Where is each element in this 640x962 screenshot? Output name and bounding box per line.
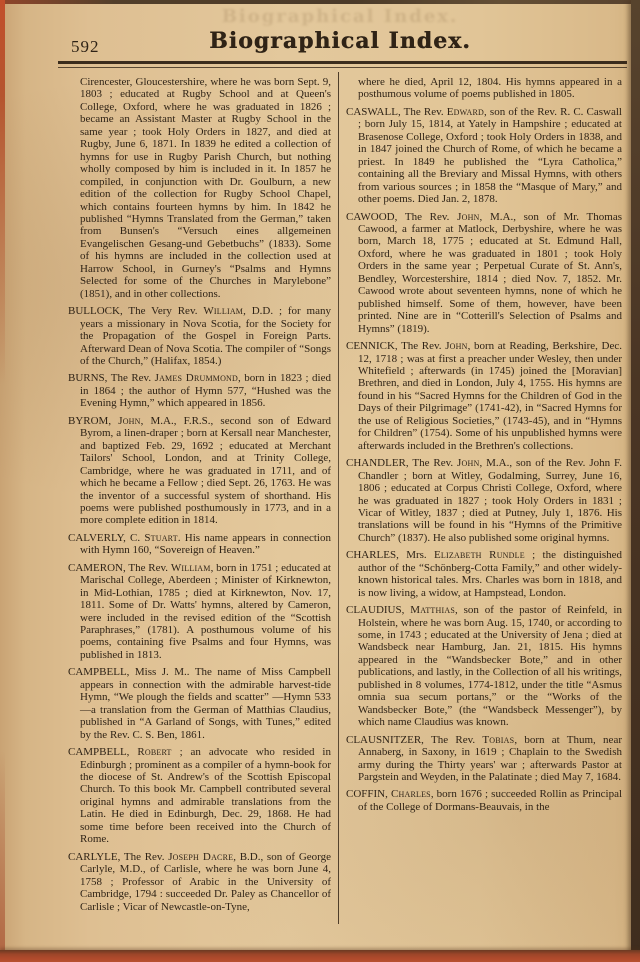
page-title: Biographical Index.: [60, 28, 620, 54]
person-given-name: Stuart: [144, 532, 178, 544]
index-entry: BYROM, John, M.A., F.R.S., second son of…: [68, 415, 331, 527]
index-entry: CLAUDIUS, Matthias, son of the pastor of…: [346, 604, 622, 729]
index-entry: CHARLES, Mrs. Elizabeth Rundle ; the dis…: [346, 549, 622, 599]
person-given-name: Tobias: [482, 734, 514, 746]
column-divider: [338, 72, 339, 924]
index-entry: CAWOOD, The Rev. John, M.A., son of Mr. …: [346, 211, 622, 336]
person-given-name: Robert: [137, 746, 171, 758]
page-top-edge: [0, 0, 640, 4]
person-given-name: John: [445, 340, 467, 352]
index-entry: CAMPBELL, Miss J. M.. The name of Miss C…: [68, 666, 331, 741]
entry-continuation: Cirencester, Gloucestershire, where he w…: [68, 76, 331, 300]
index-entry: CAMERON, The Rev. William, born in 1751 …: [68, 562, 331, 662]
index-entry: CENNICK, The Rev. John, born at Reading,…: [346, 340, 622, 452]
person-given-name: Matthias: [410, 604, 455, 616]
right-column: where he died, April 12, 1804. His hymns…: [346, 76, 622, 950]
person-given-name: John: [457, 457, 479, 469]
person-given-name: Charles: [391, 788, 431, 800]
show-through-ghost: Biographical Index.: [60, 6, 620, 27]
person-given-name: William: [171, 562, 211, 574]
person-given-name: Joseph Dacre: [168, 851, 233, 863]
book-page-scan: Biographical Index. 592 Biographical Ind…: [0, 0, 640, 962]
index-columns: Cirencester, Gloucestershire, where he w…: [68, 76, 622, 950]
person-given-name: William: [203, 305, 243, 317]
person-given-name: John: [118, 415, 140, 427]
person-given-name: Edward: [447, 106, 484, 118]
index-entry: BULLOCK, The Very Rev. William, D.D. ; f…: [68, 305, 331, 367]
page-left-edge: [0, 0, 5, 962]
page-bottom-edge: [0, 950, 640, 962]
index-entry: CAMPBELL, Robert ; an advocate who resid…: [68, 746, 331, 846]
person-given-name: Elizabeth Rundle: [434, 549, 525, 561]
index-entry: COFFIN, Charles, born 1676 ; succeeded R…: [346, 788, 622, 813]
index-entry: CLAUSNITZER, The Rev. Tobias, born at Th…: [346, 734, 622, 784]
index-entry: CALVERLY, C. Stuart. His name appears in…: [68, 532, 331, 557]
page-right-edge: [631, 0, 640, 962]
index-entry: CASWALL, The Rev. Edward, son of the Rev…: [346, 106, 622, 206]
entry-continuation: where he died, April 12, 1804. His hymns…: [346, 76, 622, 101]
header-rule: [58, 61, 627, 64]
index-entry: CHANDLER, The Rev. John, M.A., son of th…: [346, 457, 622, 544]
left-column: Cirencester, Gloucestershire, where he w…: [68, 76, 331, 950]
index-entry: BURNS, The Rev. James Drummond, born in …: [68, 372, 331, 409]
index-entry: CARLYLE, The Rev. Joseph Dacre, B.D., so…: [68, 851, 331, 913]
person-given-name: John: [457, 211, 479, 223]
person-given-name: James Drummond: [155, 372, 238, 384]
